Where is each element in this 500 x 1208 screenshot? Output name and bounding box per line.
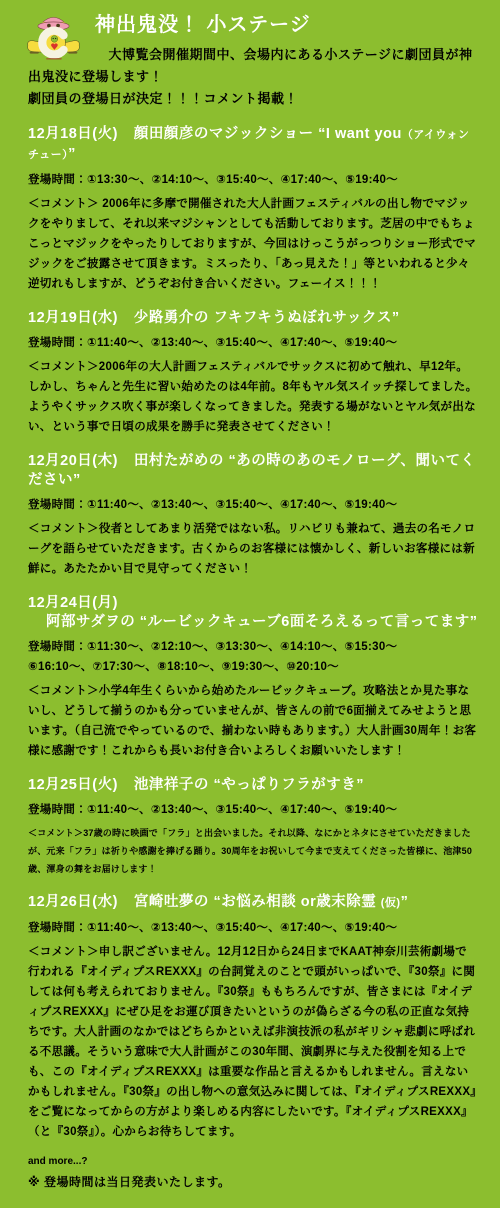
event-times-row-1: 登場時間：①11:30～、②12:10～、③13:30～、④14:10～、⑤15…: [28, 637, 478, 657]
event-times: 登場時間：①11:40～、②13:40～、③15:40～、④17:40～、⑤19…: [28, 333, 478, 353]
header: 神出鬼没！ 小ステージ 大博覧会開催期間中、会場内にある小ステージに劇団員が神出…: [28, 12, 478, 110]
event-heading: 12月19日(水)少路勇介の フキフキうぬぼれサックス”: [28, 309, 478, 328]
event-date: 12月18日(火): [28, 126, 118, 142]
event-times: 登場時間：①11:40～、②13:40～、③15:40～、④17:40～、⑤19…: [28, 495, 478, 515]
event-heading: 12月20日(木)田村たがめの “あの時のあのモノローグ、聞いてください”: [28, 452, 478, 490]
mascot-logo-icon: [26, 14, 81, 62]
page-title: 神出鬼没！ 小ステージ: [28, 12, 478, 38]
intro-line-1: 大博覧会開催期間中、会場内にある小ステージに劇団員が神出鬼没に登場します！: [28, 47, 472, 84]
event-title-endquote: ”: [68, 146, 76, 162]
and-more-note: and more...?: [28, 1154, 478, 1170]
event-title: 少路勇介の フキフキうぬぼれサックス”: [134, 310, 400, 326]
event-date: 12月25日(火): [28, 777, 118, 793]
event-section-dec20: 12月20日(木)田村たがめの “あの時のあのモノローグ、聞いてください” 登場…: [28, 452, 478, 579]
event-heading: 12月18日(火)顔田顔彦のマジックショー “I want you（アイウォンチ…: [28, 125, 478, 165]
event-section-dec18: 12月18日(火)顔田顔彦のマジックショー “I want you（アイウォンチ…: [28, 125, 478, 294]
event-section-dec24: 12月24日(月)阿部サダヲの “ルービックキューブ6面そろえるって言ってます”…: [28, 594, 478, 761]
event-comment: ＜コメント＞申し訳ございません。12月12日から24日までKAAT神奈川芸術劇場…: [28, 942, 478, 1142]
event-times: 登場時間：①11:40～、②13:40～、③15:40～、④17:40～、⑤19…: [28, 800, 478, 820]
event-times: 登場時間：①11:30～、②12:10～、③13:30～、④14:10～、⑤15…: [28, 637, 478, 677]
event-date: 12月26日(水): [28, 894, 118, 910]
event-comment: ＜コメント＞小学4年生くらいから始めたルービックキューブ。攻略法とか見た事ないし…: [28, 681, 478, 761]
event-title: 阿部サダヲの “ルービックキューブ6面そろえるって言ってます”: [28, 613, 478, 632]
event-comment: ＜コメント＞37歳の時に映画で「フラ」と出会いました。それ以降、なにかとネタにさ…: [28, 824, 478, 878]
event-heading: 12月24日(月)阿部サダヲの “ルービックキューブ6面そろえるって言ってます”: [28, 594, 478, 632]
event-section-dec25: 12月25日(火)池津祥子の “やっぱりフラがすき” 登場時間：①11:40～、…: [28, 776, 478, 878]
mascot-face: [51, 36, 58, 43]
event-date: 12月24日(月): [28, 595, 118, 611]
event-comment: ＜コメント＞ 2006年に多摩で開催された大人計画フェスティバルの出し物でマジッ…: [28, 194, 478, 294]
intro-text: 大博覧会開催期間中、会場内にある小ステージに劇団員が神出鬼没に登場します！ 劇団…: [28, 44, 478, 110]
intro-line-2: 劇団員の登場日が決定！！！コメント掲載！: [28, 91, 298, 106]
event-title: 顔田顔彦のマジックショー “I want you: [134, 126, 402, 142]
event-heading: 12月26日(水)宮崎吐夢の “お悩み相談 or歳末除霊 (仮)”: [28, 893, 478, 913]
event-title: 宮崎吐夢の “お悩み相談 or歳末除霊: [134, 894, 381, 910]
mascot-caption-strip: [46, 58, 62, 59]
event-date: 12月20日(木): [28, 453, 118, 469]
event-comment: ＜コメント＞役者としてあまり活発ではない私。リハビリも兼ねて、過去の名モノローグ…: [28, 519, 478, 579]
page-container: 神出鬼没！ 小ステージ 大博覧会開催期間中、会場内にある小ステージに劇団員が神出…: [0, 0, 500, 1208]
event-title-tentative: (仮): [381, 897, 401, 909]
footer-note: ※ 登場時間は当日発表いたします。: [28, 1172, 478, 1192]
event-title-endquote: ”: [401, 894, 409, 910]
event-times: 登場時間：①11:40～、②13:40～、③15:40～、④17:40～、⑤19…: [28, 918, 478, 938]
event-section-dec26: 12月26日(水)宮崎吐夢の “お悩み相談 or歳末除霊 (仮)” 登場時間：①…: [28, 893, 478, 1142]
event-heading: 12月25日(火)池津祥子の “やっぱりフラがすき”: [28, 776, 478, 795]
event-title: 池津祥子の “やっぱりフラがすき”: [134, 777, 364, 793]
event-section-dec19: 12月19日(水)少路勇介の フキフキうぬぼれサックス” 登場時間：①11:40…: [28, 309, 478, 437]
event-comment: ＜コメント＞2006年の大人計画フェスティバルでサックスに初めて触れ、早12年。…: [28, 357, 478, 437]
event-times-row-2: ⑥16:10～、⑦17:30～、⑧18:10～、⑨19:30～、⑩20:10～: [28, 657, 478, 677]
event-times: 登場時間：①13:30～、②14:10～、③15:40～、④17:40～、⑤19…: [28, 170, 478, 190]
event-date: 12月19日(水): [28, 310, 118, 326]
